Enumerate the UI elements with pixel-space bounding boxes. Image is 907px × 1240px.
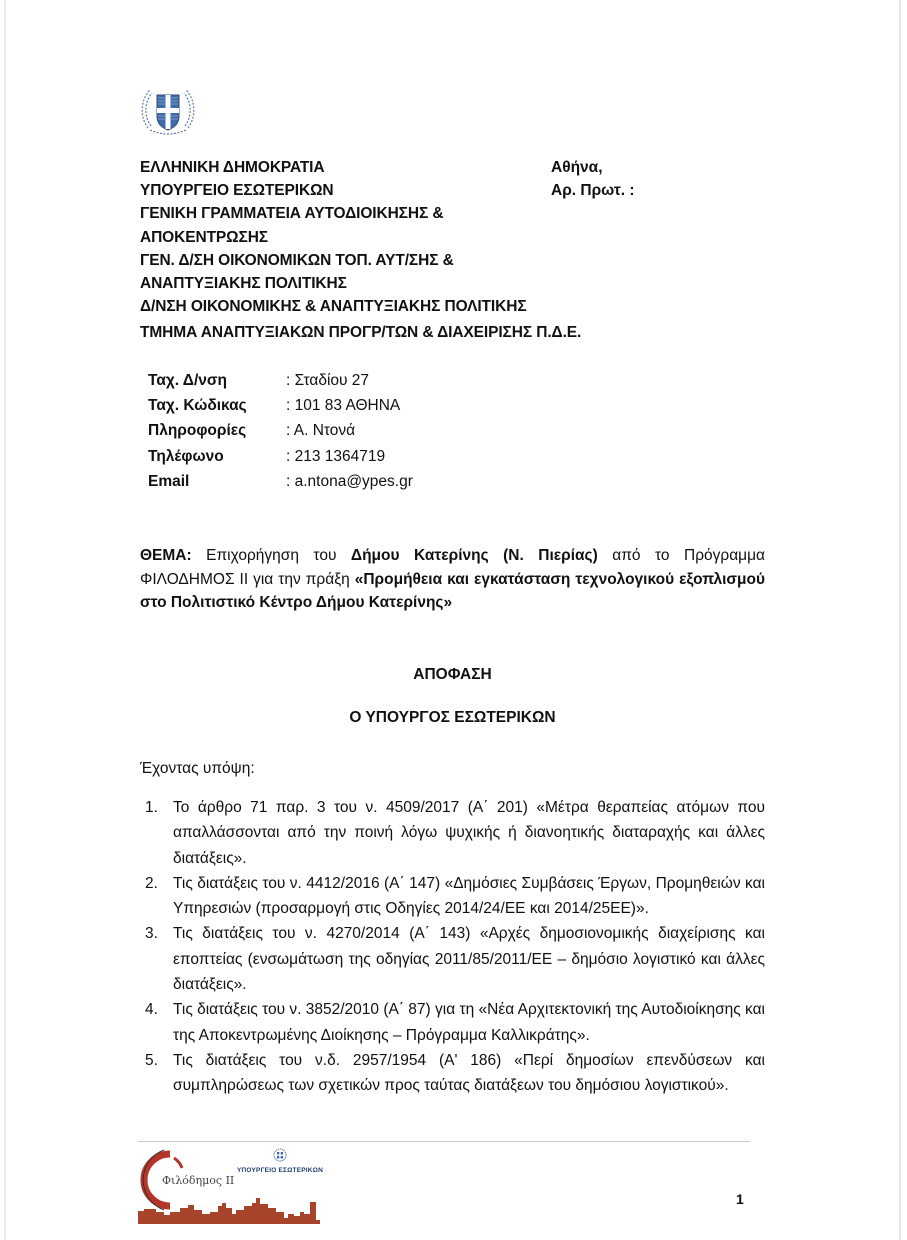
page-edge-right — [899, 0, 901, 1240]
header-line: ΥΠΟΥΡΓΕΙΟ ΕΣΩΤΕΡΙΚΩΝ — [140, 179, 581, 202]
contact-email-value: : a.ntona@ypes.gr — [286, 469, 413, 494]
contact-value: : 101 83 ΑΘΗΝΑ — [286, 393, 400, 418]
list-item: 4. Τις διατάξεις του ν. 3852/2010 (Α΄ 87… — [145, 997, 765, 1048]
protocol-number-label: Αρ. Πρωτ. : — [551, 179, 635, 202]
contact-row-info: Πληροφορίες : Α. Ντονά — [148, 418, 413, 443]
subject-label: ΘΕΜΑ: — [140, 547, 192, 564]
greek-coat-of-arms-icon — [138, 82, 198, 140]
header-line: ΓΕΝ. Δ/ΣΗ ΟΙΚΟΝΟΜΙΚΩΝ ΤΟΠ. ΑΥΤ/ΣΗΣ & — [140, 249, 581, 272]
page-number: 1 — [736, 1191, 744, 1207]
contact-value: : Σταδίου 27 — [286, 368, 369, 393]
place-date: Αθήνα, — [551, 156, 635, 179]
item-text: Τις διατάξεις του ν. 4270/2014 (Α΄ 143) … — [173, 921, 765, 997]
decision-title: ΑΠΟΦΑΣΗ — [140, 666, 765, 684]
list-item: 3. Τις διατάξεις του ν. 4270/2014 (Α΄ 14… — [145, 921, 765, 997]
legal-basis-list: 1. Το άρθρο 71 παρ. 3 του ν. 4509/2017 (… — [145, 795, 765, 1099]
ministry-footer-text: ΥΠΟΥΡΓΕΙΟ ΕΣΩΤΕΡΙΚΩΝ — [232, 1167, 328, 1174]
header-line: ΤΜΗΜΑ ΑΝΑΠΤΥΞΙΑΚΩΝ ΠΡΟΓΡ/ΤΩΝ & ΔΙΑΧΕΙΡΙΣ… — [140, 321, 581, 344]
item-number: 2. — [145, 871, 173, 922]
contact-info: Ταχ. Δ/νση : Σταδίου 27 Ταχ. Κώδικας : 1… — [148, 368, 413, 494]
date-protocol-block: Αθήνα, Αρ. Πρωτ. : — [551, 156, 635, 202]
contact-row-phone: Τηλέφωνο : 213 1364719 — [148, 444, 413, 469]
mini-coat-of-arms-icon — [273, 1148, 287, 1162]
list-item: 5. Τις διατάξεις του ν.δ. 2957/1954 (Α' … — [145, 1048, 765, 1099]
header-line: Δ/ΝΣΗ ΟΙΚΟΝΟΜΙΚΗΣ & ΑΝΑΠΤΥΞΙΑΚΗΣ ΠΟΛΙΤΙΚ… — [140, 295, 581, 318]
contact-label: Email — [148, 469, 286, 494]
item-text: Τις διατάξεις του ν. 4412/2016 (Α΄ 147) … — [173, 871, 765, 922]
item-number: 3. — [145, 921, 173, 997]
item-number: 4. — [145, 997, 173, 1048]
item-number: 5. — [145, 1048, 173, 1099]
footer-divider — [138, 1141, 750, 1142]
subject-municipality: Δήμου Κατερίνης (Ν. Πιερίας) — [351, 547, 598, 564]
svg-text:Φιλόδημος ΙΙ: Φιλόδημος ΙΙ — [162, 1174, 234, 1187]
contact-row-email: Email : a.ntona@ypes.gr — [148, 469, 413, 494]
header-line: ΕΛΛΗΝΙΚΗ ΔΗΜΟΚΡΑΤΙΑ — [140, 156, 581, 179]
subject-paragraph: ΘΕΜΑ: Επιχορήγηση του Δήμου Κατερίνης (Ν… — [140, 544, 765, 615]
item-text: Τις διατάξεις του ν.δ. 2957/1954 (Α' 186… — [173, 1048, 765, 1099]
list-item: 1. Το άρθρο 71 παρ. 3 του ν. 4509/2017 (… — [145, 795, 765, 871]
contact-row-address: Ταχ. Δ/νση : Σταδίου 27 — [148, 368, 413, 393]
header-line: ΑΝΑΠΤΥΞΙΑΚΗΣ ΠΟΛΙΤΙΚΗΣ — [140, 272, 581, 295]
item-text: Τις διατάξεις του ν. 3852/2010 (Α΄ 87) γ… — [173, 997, 765, 1048]
contact-label: Πληροφορίες — [148, 418, 286, 443]
header-line: ΓΕΝΙΚΗ ΓΡΑΜΜΑΤΕΙΑ ΑΥΤΟΔΙΟΙΚΗΣΗΣ & — [140, 202, 581, 225]
issuing-authority-block: ΕΛΛΗΝΙΚΗ ΔΗΜΟΚΡΑΤΙΑ ΥΠΟΥΡΓΕΙΟ ΕΣΩΤΕΡΙΚΩΝ… — [140, 156, 581, 345]
list-item: 2. Τις διατάξεις του ν. 4412/2016 (Α΄ 14… — [145, 871, 765, 922]
page-edge-left — [4, 0, 6, 1240]
subject-text: Επιχορήγηση του — [192, 547, 351, 564]
contact-label: Τηλέφωνο — [148, 444, 286, 469]
contact-value: : Α. Ντονά — [286, 418, 355, 443]
header-line: ΑΠΟΚΕΝΤΡΩΣΗΣ — [140, 226, 581, 249]
item-text: Το άρθρο 71 παρ. 3 του ν. 4509/2017 (Α΄ … — [173, 795, 765, 871]
contact-label: Ταχ. Κώδικας — [148, 393, 286, 418]
having-regard-heading: Έχοντας υπόψη: — [140, 760, 255, 778]
contact-row-postcode: Ταχ. Κώδικας : 101 83 ΑΘΗΝΑ — [148, 393, 413, 418]
ministry-footer-logo: ΥΠΟΥΡΓΕΙΟ ΕΣΩΤΕΡΙΚΩΝ — [232, 1148, 328, 1174]
item-number: 1. — [145, 795, 173, 871]
contact-label: Ταχ. Δ/νση — [148, 368, 286, 393]
minister-title: Ο ΥΠΟΥΡΓΟΣ ΕΣΩΤΕΡΙΚΩΝ — [140, 709, 765, 727]
contact-value: : 213 1364719 — [286, 444, 385, 469]
